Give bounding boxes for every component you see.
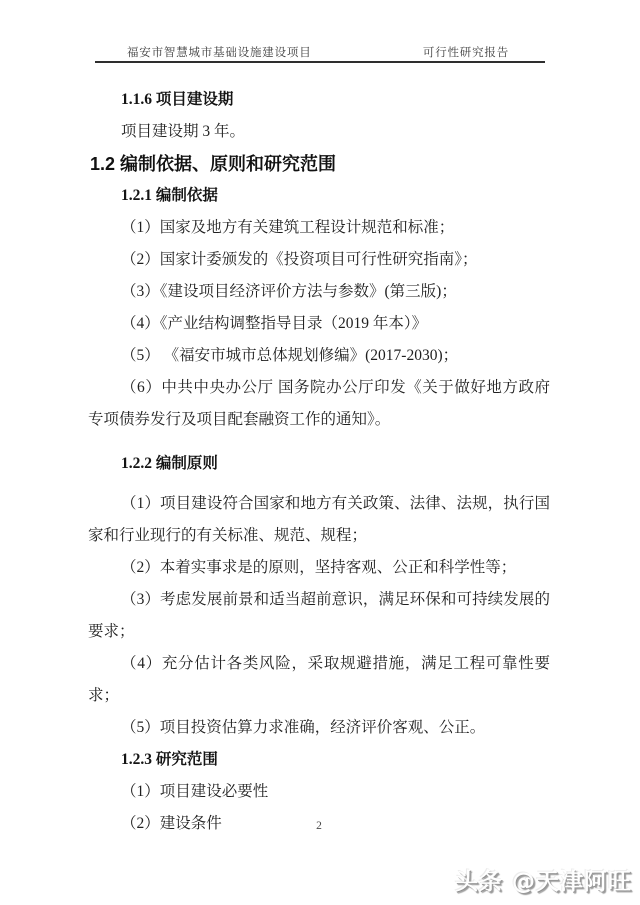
page-number: 2 (88, 820, 550, 832)
header-rule (95, 61, 545, 63)
basis-item-5: （5） 《福安市城市总体规划修编》(2017-2030)； (88, 340, 550, 372)
document-body: 1.1.6 项目建设期 项目建设期 3 年。 1.2 编制依据、原则和研究范围 … (88, 84, 550, 840)
basis-item-6: （6）中共中央办公厅 国务院办公厅印发《关于做好地方政府专项债券发行及项目配套融… (88, 372, 550, 436)
basis-item-1: （1）国家及地方有关建筑工程设计规范和标准； (88, 212, 550, 244)
page-header: 福安市智慧城市基础设施建设项目 可行性研究报告 (95, 44, 545, 60)
basis-item-2: （2）国家计委颁发的《投资项目可行性研究指南》； (88, 244, 550, 276)
heading-1-2-3-research-scope: 1.2.3 研究范围 (88, 744, 550, 776)
principle-item-4: （4）充分估计各类风险，采取规避措施，满足工程可靠性要求； (88, 648, 550, 712)
toutiao-watermark: 头条 @天津阿旺 (455, 863, 632, 896)
para-construction-period: 项目建设期 3 年。 (88, 116, 550, 148)
heading-1-2-basis-principles-scope: 1.2 编制依据、原则和研究范围 (88, 148, 550, 180)
basis-item-4: （4）《产业结构调整指导目录（2019 年本）》 (88, 308, 550, 340)
heading-1-2-1-compilation-basis: 1.2.1 编制依据 (88, 180, 550, 212)
principle-item-2: （2）本着实事求是的原则，坚持客观、公正和科学性等； (88, 552, 550, 584)
heading-1-2-2-compilation-principles: 1.2.2 编制原则 (88, 448, 550, 480)
document-page: 福安市智慧城市基础设施建设项目 可行性研究报告 1.1.6 项目建设期 项目建设… (0, 0, 640, 905)
principle-item-3: （3）考虑发展前景和适当超前意识，满足环保和可持续发展的要求； (88, 584, 550, 648)
principle-item-1: （1）项目建设符合国家和地方有关政策、法律、法规，执行国家和行业现行的有关标准、… (88, 488, 550, 552)
header-report-type: 可行性研究报告 (423, 44, 509, 60)
basis-item-3: （3）《建设项目经济评价方法与参数》(第三版)； (88, 276, 550, 308)
principle-item-5: （5）项目投资估算力求准确，经济评价客观、公正。 (88, 712, 550, 744)
heading-1-1-6-construction-period: 1.1.6 项目建设期 (88, 84, 550, 116)
header-project-title: 福安市智慧城市基础设施建设项目 (127, 44, 312, 60)
scope-item-1: （1）项目建设必要性 (88, 776, 550, 808)
